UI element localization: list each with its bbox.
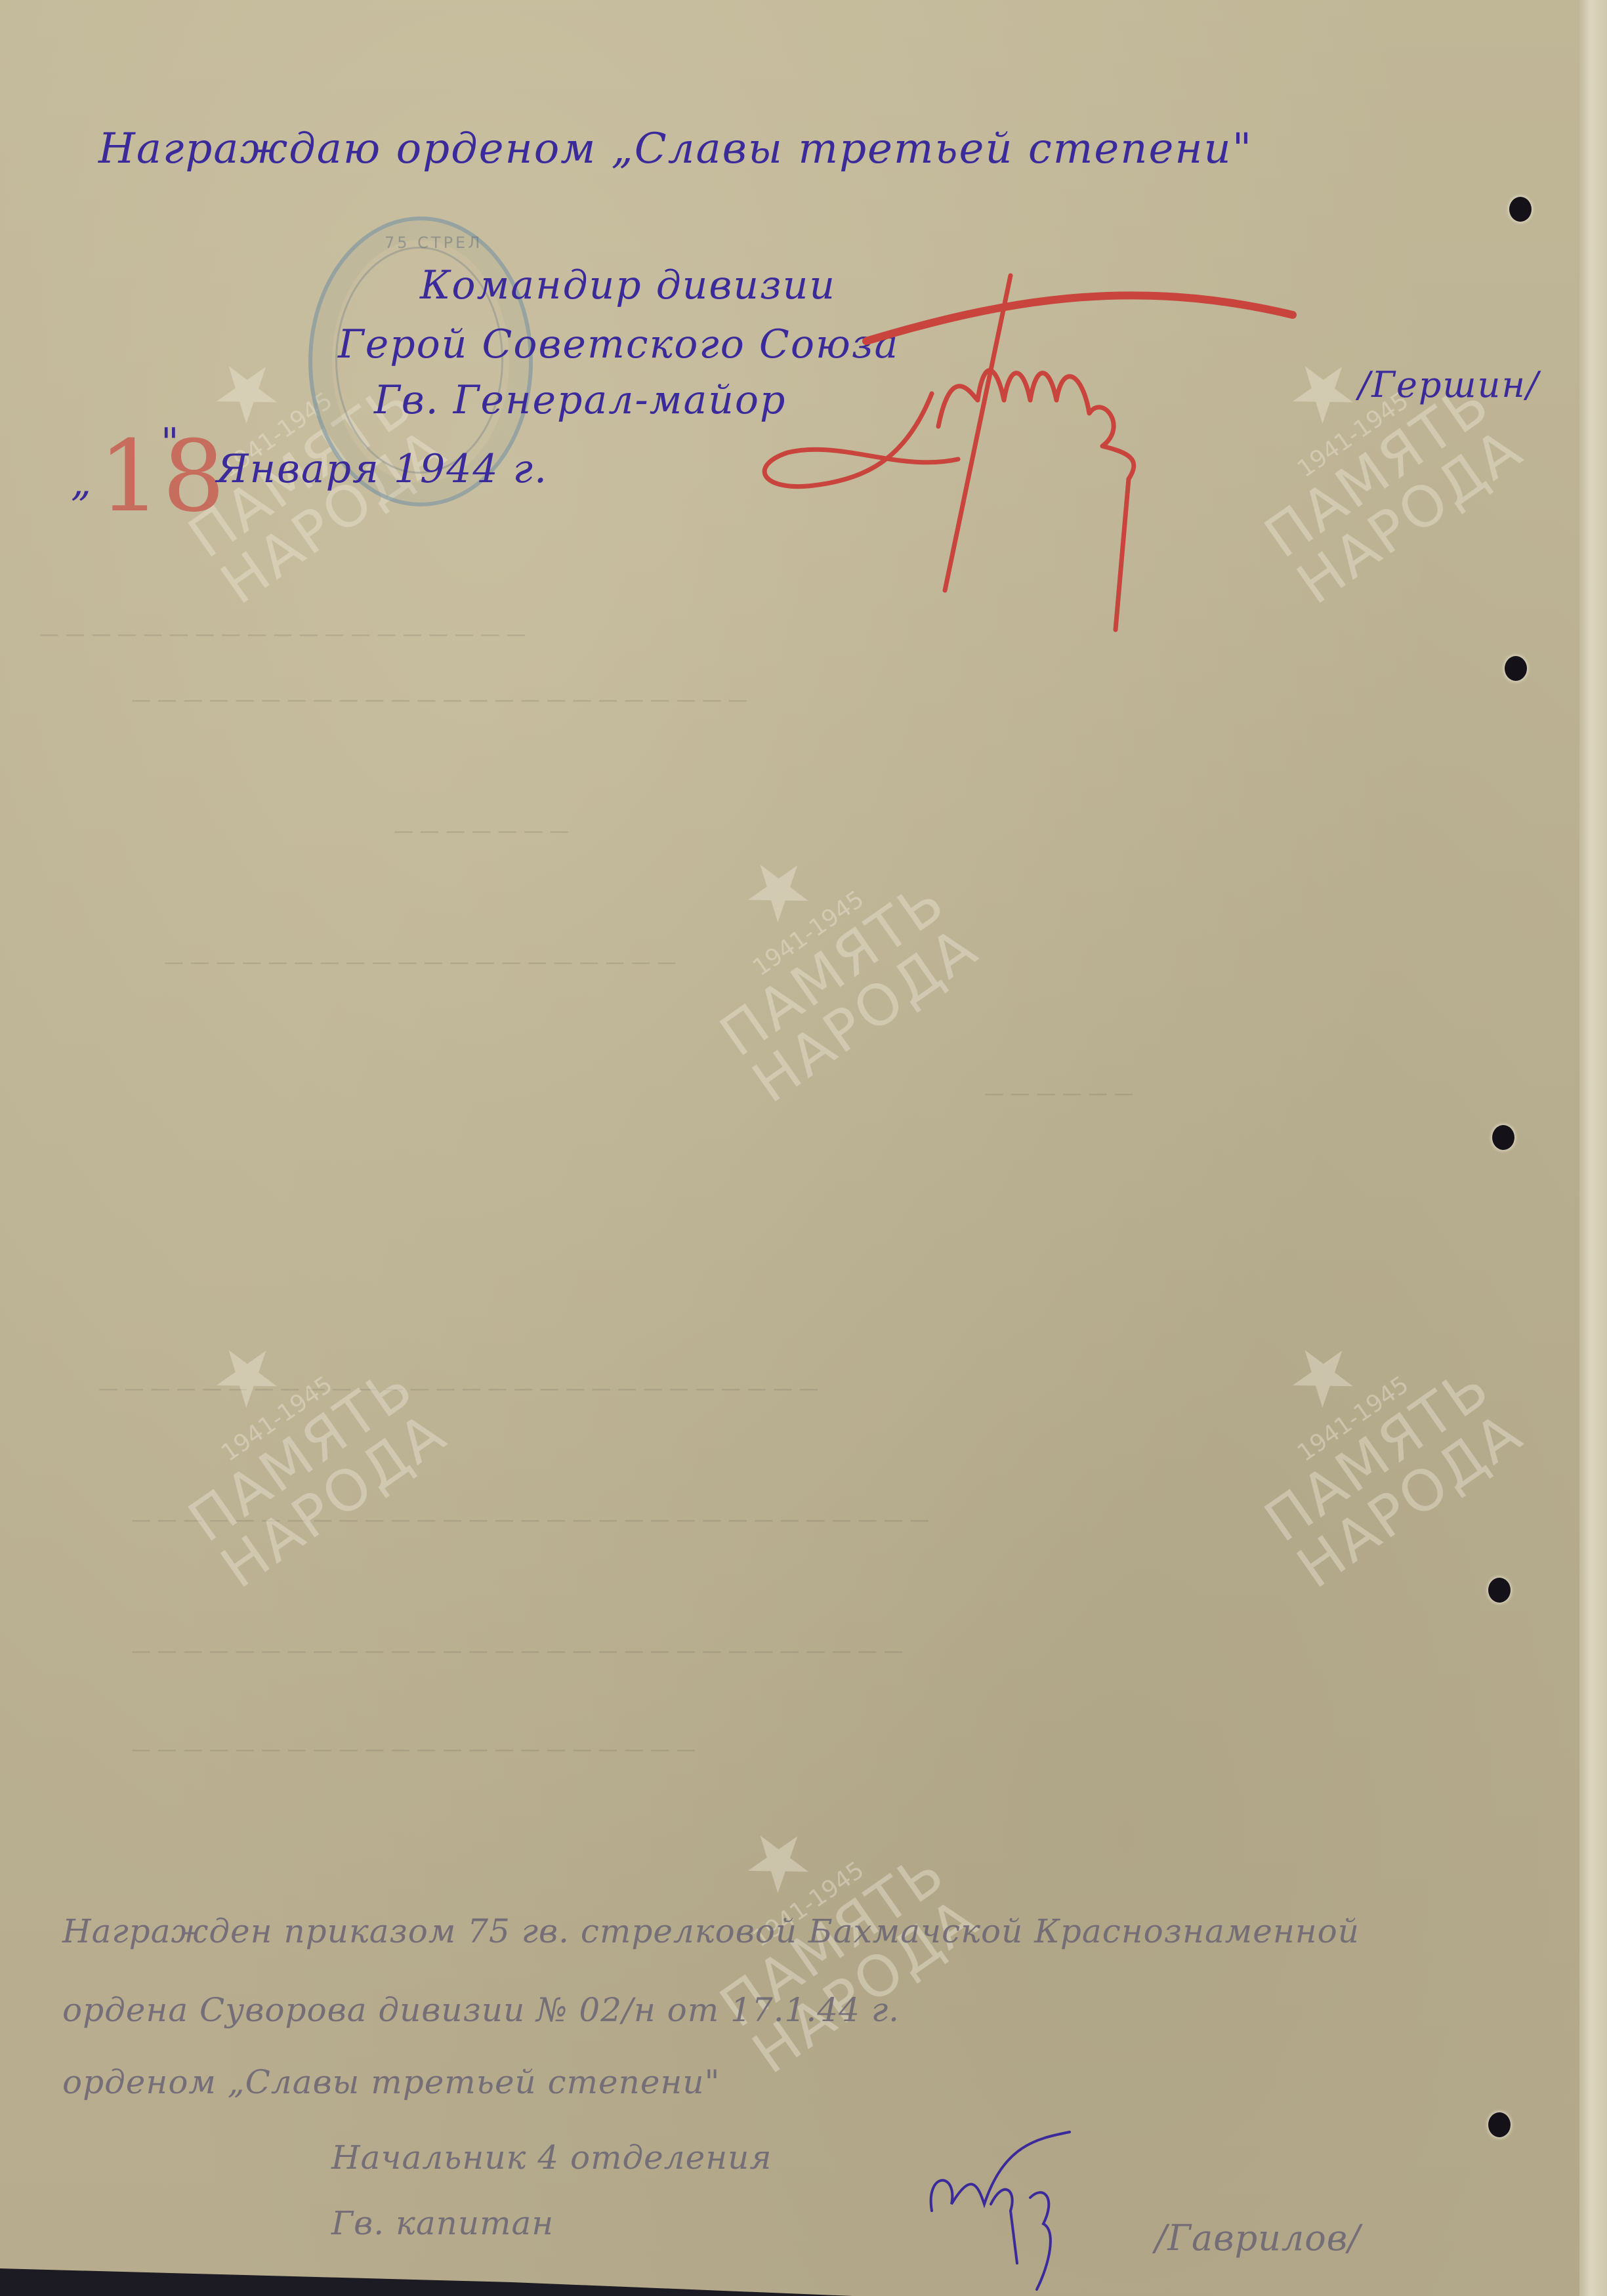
bleed-through-text: — — — — — — — [394,820,569,843]
punch-hole [1509,197,1532,222]
bleed-through-text: — — — — — — — — — — — — — — — — — — — [39,623,526,646]
watermark: ★ 1941-1945 ПАМЯТЬ НАРОДА [650,784,988,1113]
date-quote-open: „ [71,459,93,505]
bleed-through-text: — — — — — — — — — — — — — — — — — — — — … [131,1738,696,1761]
department-rank: Гв. капитан [331,2204,554,2242]
bleed-through-text: — — — — — — — — — — — — — — — — — — — — … [131,689,747,712]
page-edge [1579,0,1607,2296]
award-note-line-3: орденом „Славы третьей степени" [62,2063,720,2101]
commander-rank: Гв. Генерал-майор [374,377,786,423]
watermark: ★ 1941-1945 ПАМЯТЬ НАРОДА [118,1269,456,1598]
department-head-name: /Гаврилов/ [1155,2217,1360,2259]
punch-hole [1492,1125,1514,1150]
bleed-through-text: — — — — — — — — — — — — — — — — — — — — [164,951,677,974]
punch-hole [1488,2112,1511,2137]
date-month-year: Января 1944 г. [217,446,548,492]
red-pencil-signature [735,262,1325,630]
award-resolution: Награждаю орденом „Славы третьей степени… [98,125,1253,173]
award-note-line-1: Награжден приказом 75 гв. стрелковой Бах… [62,1912,1360,1950]
document-page: — — — — — — — — — — — — — — — — — — — — … [0,0,1607,2296]
punch-hole [1505,656,1527,681]
bleed-through-text: — — — — — — [984,1082,1134,1105]
ink-signature [919,2132,1129,2296]
punch-hole [1488,1578,1511,1603]
torn-corner [0,2250,853,2296]
bleed-through-text: — — — — — — — — — — — — — — — — — — — — … [131,1640,904,1663]
date-quote-close: " [161,420,180,466]
watermark: ★ 1941-1945 ПАМЯТЬ НАРОДА [1194,1269,1532,1598]
commander-name: /Гершин/ [1358,364,1539,405]
award-note-line-2: ордена Суворова дивизии № 02/н от 17.1.4… [62,1991,900,2029]
department-title: Начальник 4 отделения [331,2139,772,2177]
